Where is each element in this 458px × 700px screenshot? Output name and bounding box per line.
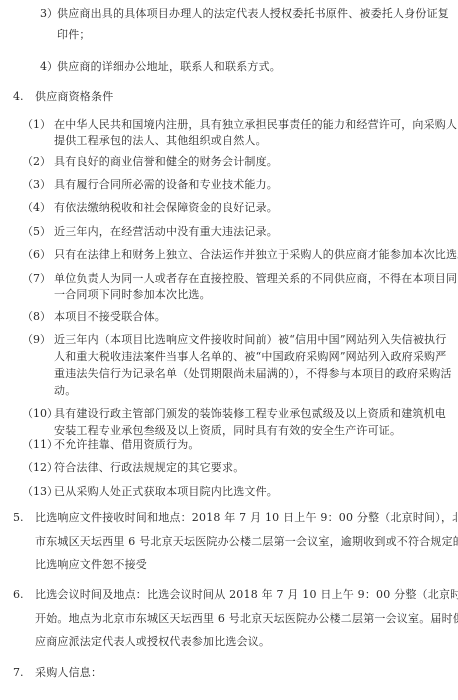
item-text: 具有建设行政主管部门颁发的装饰装修工程专业承包贰级及以上资质和建筑机电 [54, 407, 446, 421]
item-text: 人和重大税收违法案件当事人名单的、被“中国政府采购网”网站列入政府采购严 [54, 350, 446, 364]
item-text: 单位负责人为同一人或者存在直接控股、管理关系的不同供应商，不得在本项目同 [54, 272, 457, 286]
item-text: 安装工程专业承包叁级及以上资质，同时具有有效的安全生产许可证。 [54, 424, 401, 438]
item-text: 近三年内（本项目比选响应文件接收时间前）被“信用中国”网站列入失信被执行 [54, 333, 446, 347]
item-text: 只有在法律上和财务上独立、合法运作并独立于采购人的供应商才能参加本次比选。 [54, 248, 458, 262]
item-number: （11） [22, 438, 58, 452]
section-text: 开始。地点为北京市东城区天坛西里 6 号北京天坛医院办公楼二层第一会议室。届时供 [35, 612, 458, 626]
section-number: 7. [13, 666, 24, 680]
section-text: 比选响应文件恕不接受 [35, 558, 147, 572]
item-number: （8） [22, 310, 51, 324]
item-number: （7） [22, 272, 51, 286]
item-number: （4） [22, 201, 51, 215]
item-text: 已从采购人处正式获取本项目院内比选文件。 [54, 485, 278, 499]
item-text: 本项目不接受联合体。 [54, 310, 166, 324]
item-text: 符合法律、行政法规规定的其它要求。 [54, 461, 244, 475]
sub-item-text: 印件； [57, 28, 91, 42]
sub-item-number: 4） [40, 60, 58, 74]
section-title: 采购人信息： [35, 666, 102, 680]
sub-item-text: 供应商出具的具体项目办理人的法定代表人授权委托书原件、被委托人身份证复 [57, 7, 449, 21]
item-text: 具有履行合同所必需的设备和专业技术能力。 [54, 178, 278, 192]
item-text: 动。 [54, 384, 76, 398]
item-text: 在中华人民共和国境内注册，具有独立承担民事责任的能力和经营许可，向采购人 [54, 118, 457, 132]
item-number: （12） [22, 461, 58, 475]
section-number: 5. [13, 511, 24, 525]
item-text: 不允许挂靠、借用资质行为。 [54, 438, 200, 452]
item-number: （1） [22, 118, 51, 132]
section-number: 6. [13, 588, 24, 602]
sub-item-text: 供应商的详细办公地址，联系人和联系方式。 [57, 60, 281, 74]
item-text: 近三年内，在经营活动中没有重大违法记录。 [54, 225, 278, 239]
item-number: （2） [22, 155, 51, 169]
section-text: 比选会议时间及地点：比选会议时间从 2018 年 7 月 10 日上午 9：00… [35, 588, 458, 602]
item-number: （5） [22, 225, 51, 239]
section-text: 市东城区天坛西里 6 号北京天坛医院办公楼二层第一会议室，逾期收到或不符合规定的 [35, 535, 458, 549]
item-text: 提供工程承包的法人、其他组织或自然人。 [54, 134, 267, 148]
item-number: （3） [22, 178, 51, 192]
item-text: 具有良好的商业信誉和健全的财务会计制度。 [54, 155, 278, 169]
item-text: 一合同项下同时参加本次比选。 [54, 288, 211, 302]
section-title: 供应商资格条件 [35, 90, 113, 104]
sub-item-number: 3） [40, 7, 58, 21]
section-text: 应商应派法定代表人或授权代表参加比选会议。 [35, 635, 270, 649]
section-number: 4. [13, 90, 24, 104]
item-number: （10） [22, 407, 58, 421]
item-number: （13） [22, 485, 58, 499]
item-text: 重违法失信行为记录名单（处罚期限尚未届满的），不得参与本项目的政府采购活 [54, 367, 452, 381]
item-number: （6） [22, 248, 51, 262]
section-text: 比选响应文件接收时间和地点：2018 年 7 月 10 日上午 9：00 分整（… [35, 511, 458, 525]
item-number: （9） [22, 333, 51, 347]
item-text: 有依法缴纳税收和社会保障资金的良好记录。 [54, 201, 278, 215]
